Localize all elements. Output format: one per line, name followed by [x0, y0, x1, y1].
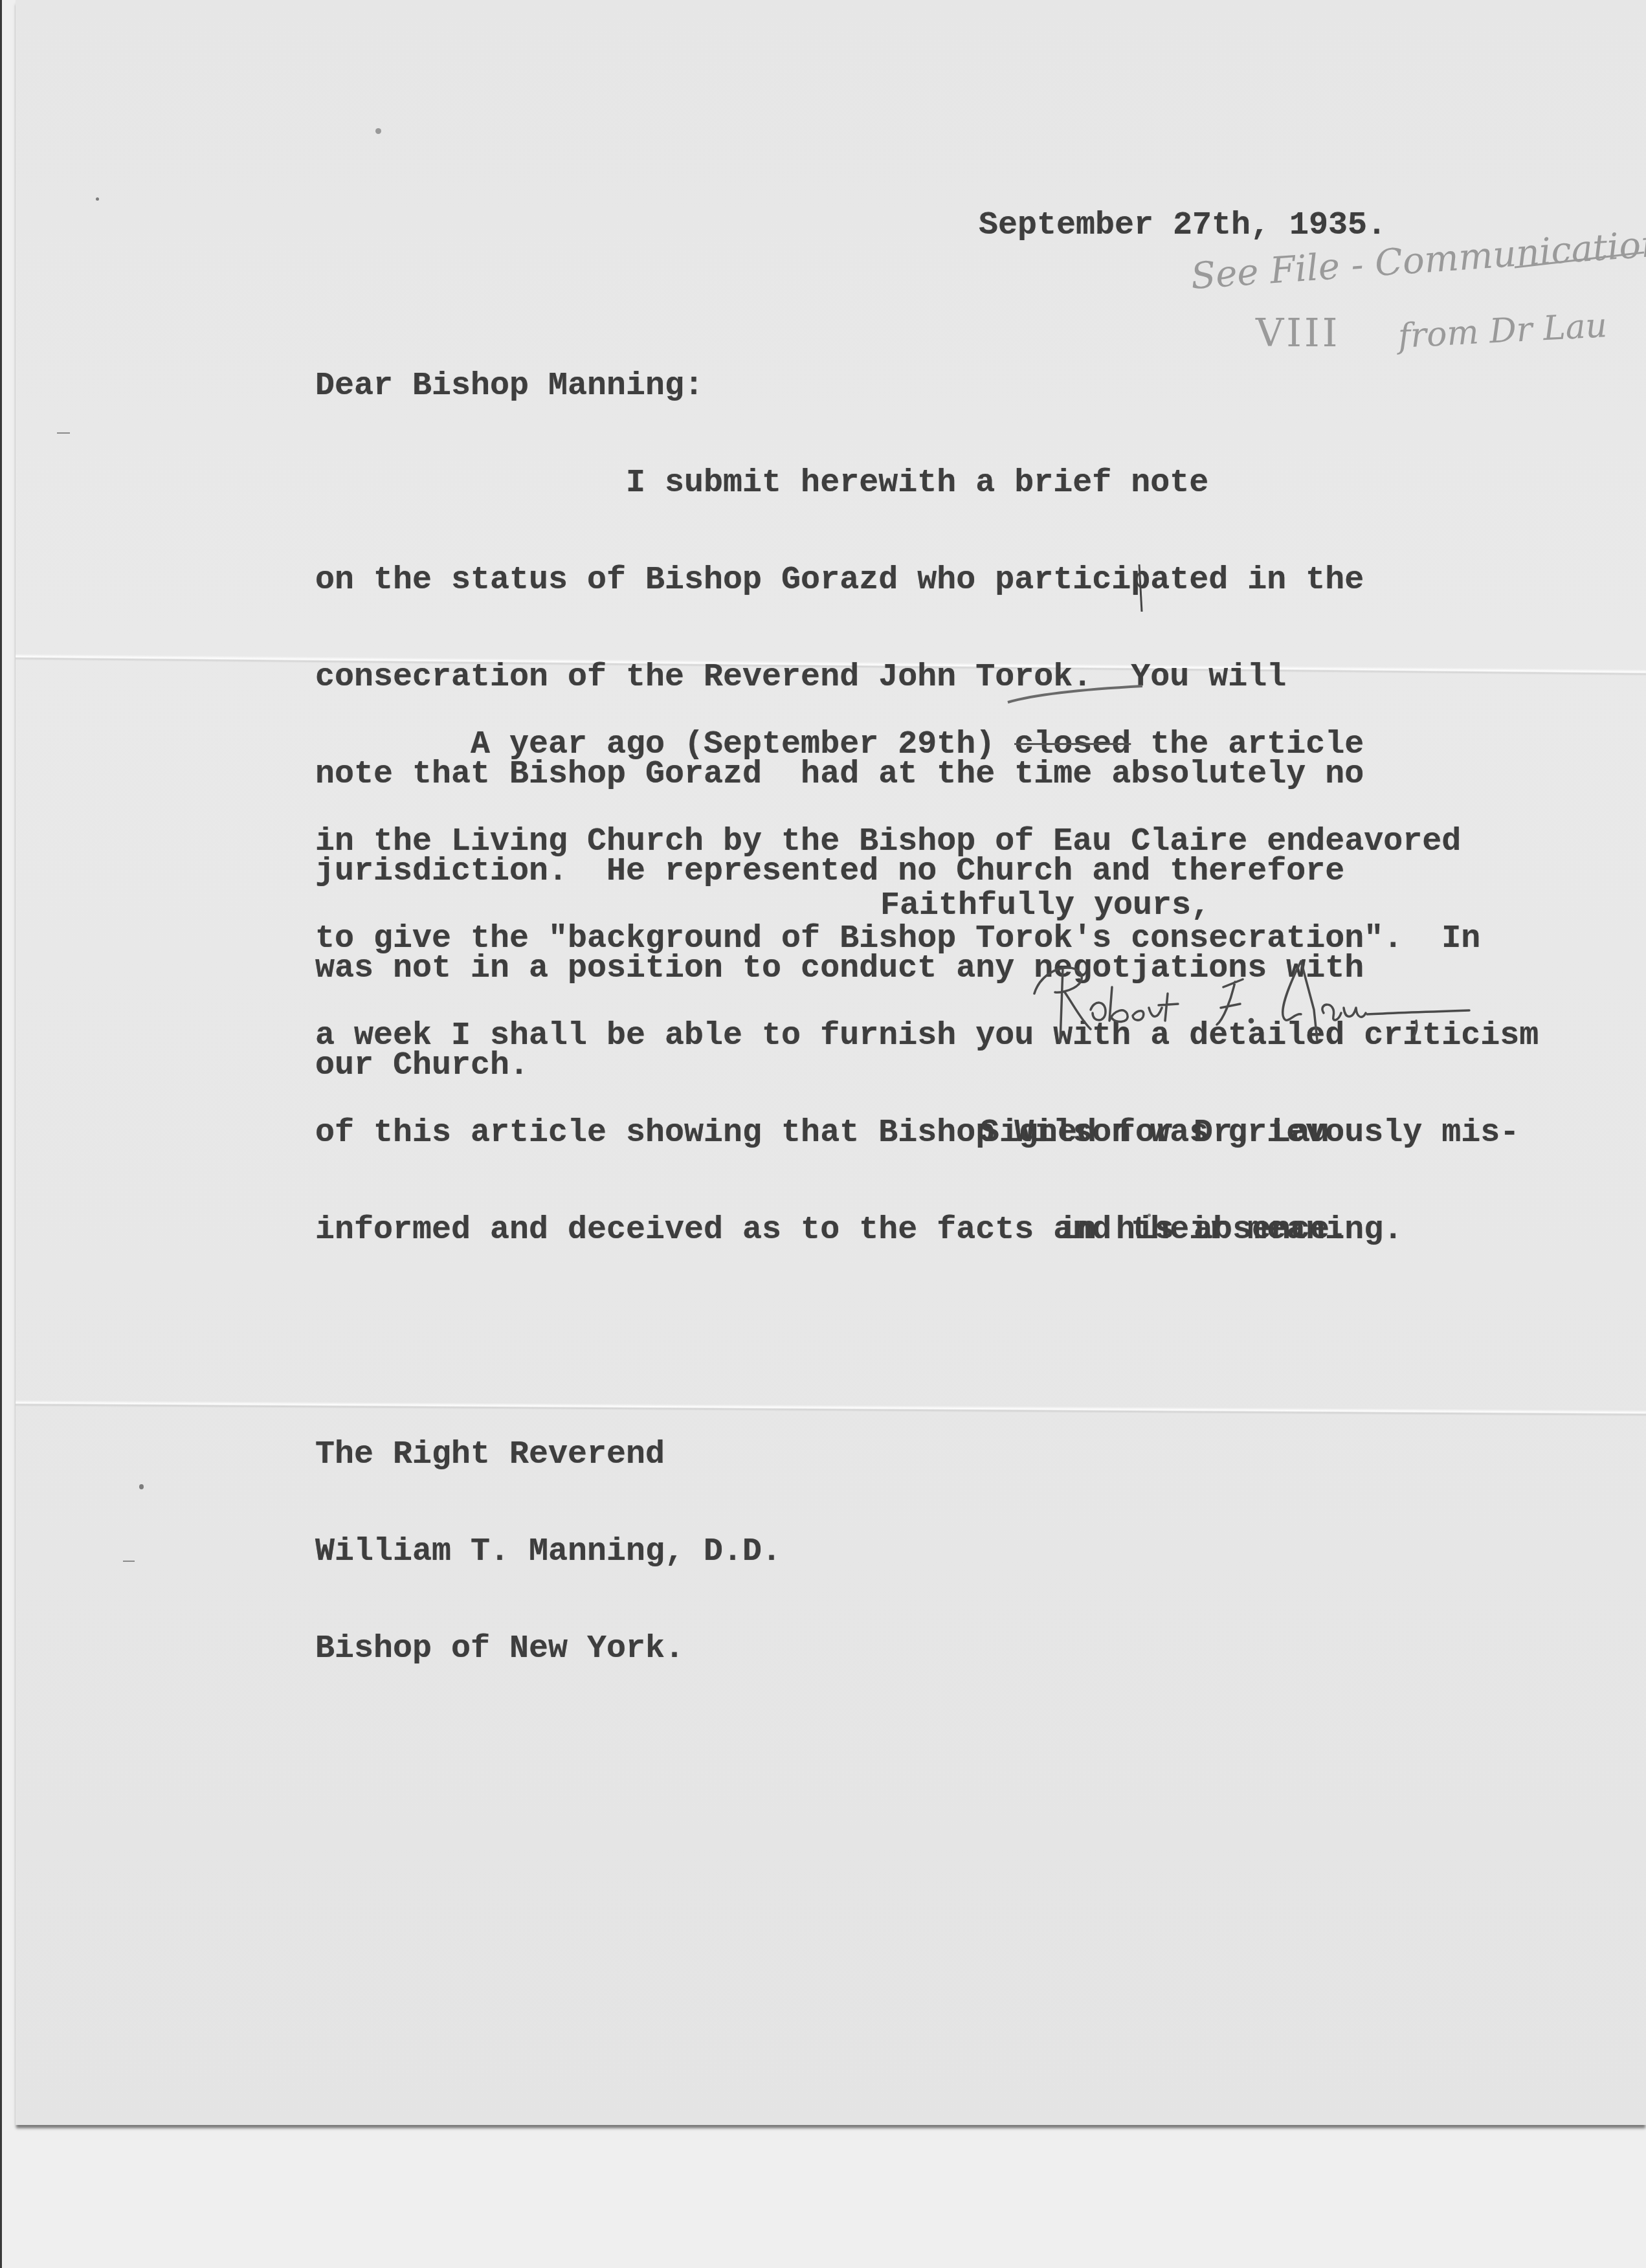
paragraph-2-line: informed and deceived as to the facts an… [315, 1214, 1539, 1247]
addressee-line: William T. Manning, D.D. [315, 1536, 781, 1568]
salutation: Dear Bishop Manning: [315, 370, 704, 403]
paragraph-2-line: of this article showing that Bishop Wils… [315, 1117, 1539, 1150]
paragraph-2-line: in the Living Church by the Bishop of Ea… [315, 826, 1539, 858]
struck-word: closed [1014, 726, 1131, 763]
signed-for-line: in his absence. [980, 1214, 1349, 1247]
addressee-block: The Right Reverend William T. Manning, D… [315, 1374, 781, 1698]
addressee-line: Bishop of New York. [315, 1633, 781, 1665]
closing: Faithfully yours, [880, 890, 1210, 922]
paragraph-2-lead-tail: the article [1131, 726, 1364, 763]
ink-speck [139, 1484, 144, 1489]
pencil-strike-icon [1007, 673, 1149, 706]
paragraph-1-line: I submit herewith a brief note [315, 467, 1364, 500]
addressee-line: The Right Reverend [315, 1439, 781, 1471]
paragraph-2-line: A year ago (September 29th) closed the a… [315, 729, 1539, 761]
scan-border [0, 0, 2, 2268]
signed-for-line: Signed for Dr. Lau [980, 1117, 1349, 1150]
signed-for-note: Signed for Dr. Lau in his absence. [980, 1052, 1349, 1279]
paragraph-1-line: on the status of Bishop Gorazd who parti… [315, 564, 1364, 597]
signature-icon [1029, 948, 1476, 1045]
pencil-annotation-volume: VIII [1256, 311, 1340, 356]
paragraph-2-lead: A year ago (September 29th) [315, 726, 1014, 763]
pencil-stroke-icon [1515, 249, 1644, 275]
pen-correction-mark-icon [1134, 563, 1147, 615]
ink-speck [96, 197, 99, 201]
letter-date: September 27th, 1935. [979, 210, 1386, 242]
ink-speck [375, 128, 381, 134]
margin-mark [123, 1561, 135, 1562]
margin-mark [57, 432, 70, 434]
